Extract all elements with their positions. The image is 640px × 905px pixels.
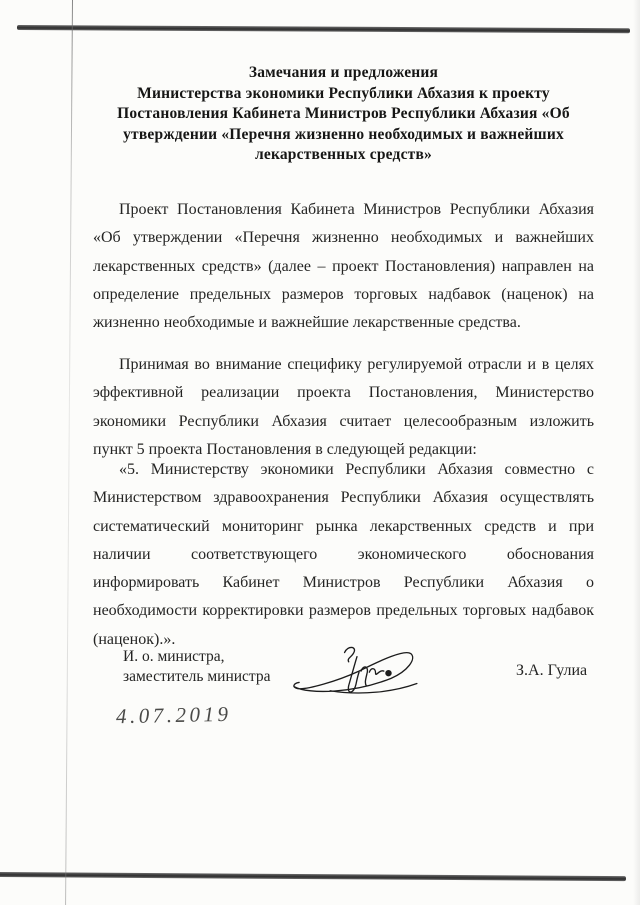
signer-position: И. о. министра, заместитель министра (123, 647, 271, 686)
title-line: Постановления Кабинета Министров Республ… (93, 104, 594, 125)
scan-edge-top-bar (17, 25, 630, 33)
handwritten-date: 4.07.2019 (116, 699, 232, 731)
scan-edge-bottom-bar (0, 872, 626, 881)
handwritten-signature (288, 637, 428, 699)
scan-right-edge-shadow (633, 0, 640, 905)
document-title: Замечания и предложения Министерства эко… (93, 63, 594, 166)
scanned-document-page: Замечания и предложения Министерства эко… (0, 0, 640, 905)
paragraph-clause-5-wording: «5. Министерству экономики Республики Аб… (93, 456, 594, 654)
title-line: Министерства экономики Республики Абхази… (93, 84, 594, 105)
title-line: Замечания и предложения (93, 63, 594, 84)
title-line: утверждении «Перечня жизненно необходимы… (93, 125, 594, 146)
paragraph-project-purpose: Проект Постановления Кабинета Министров … (93, 196, 594, 337)
signer-position-line2: заместитель министра (123, 667, 271, 687)
paragraph-proposal-intro: Принимая во внимание специфику регулируе… (93, 351, 594, 464)
title-line: лекарственных средств» (93, 145, 594, 166)
signer-name: З.А. Гулиа (516, 661, 587, 681)
signer-position-line1: И. о. министра, (123, 647, 271, 667)
scan-fold-line (65, 0, 73, 905)
